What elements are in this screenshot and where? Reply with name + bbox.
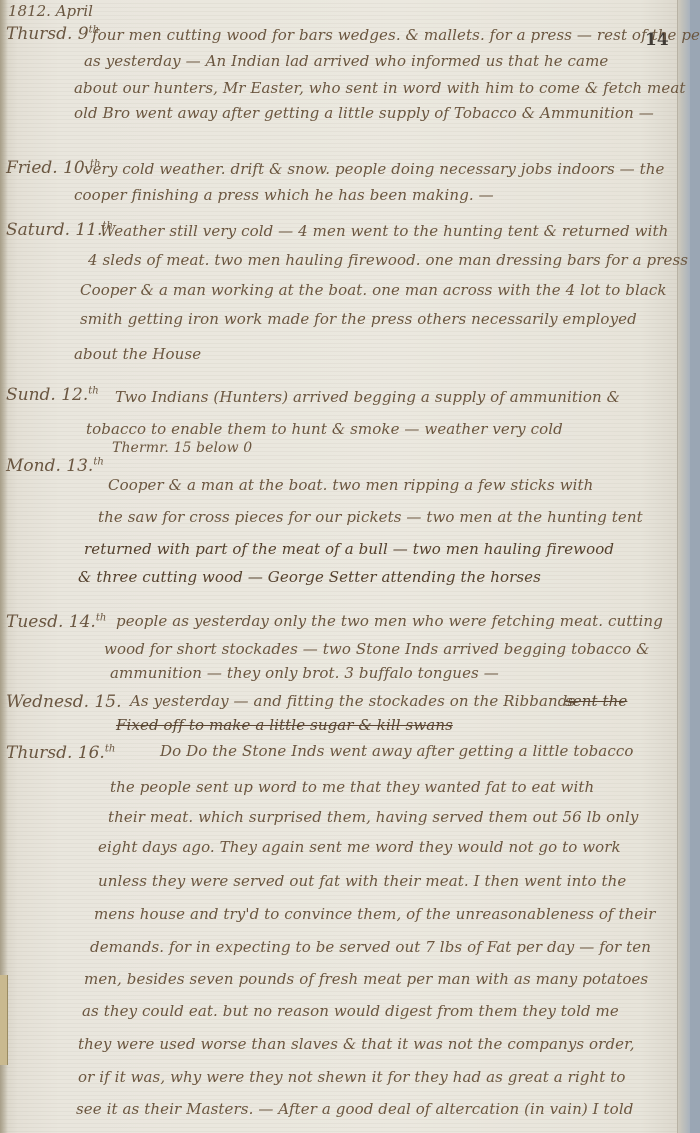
thermometer-note: Thermr. 15 below 0 — [112, 440, 252, 456]
entry-date: Mond. 13.th — [6, 456, 104, 476]
entry-line: & three cutting wood — George Setter att… — [78, 568, 541, 586]
binding-tab — [0, 975, 8, 1065]
entry-line: mens house and try'd to convince them, o… — [94, 905, 656, 923]
entry-line: old Bro went away after getting a little… — [74, 104, 654, 122]
journal-page: 14 1812. April Thursd. 9th four men cutt… — [0, 0, 690, 1133]
entry-line: the people sent up word to me that they … — [110, 778, 594, 796]
entry-date: Saturd. 11.th — [6, 220, 113, 240]
entry-line: unless they were served out fat with the… — [98, 872, 626, 890]
entry-line: 4 sleds of meat. two men hauling firewoo… — [88, 251, 688, 269]
struck-text: sent the — [565, 692, 627, 710]
entry-line: Two Indians (Hunters) arrived begging a … — [115, 388, 620, 406]
entry-line: about our hunters, Mr Easter, who sent i… — [74, 79, 686, 97]
entry-line: As yesterday — and fitting the stockades… — [130, 692, 575, 710]
entry-line: about the House — [74, 345, 201, 363]
entry-date: Wednesd. 15. — [6, 692, 122, 712]
entry-line: wood for short stockades — two Stone Ind… — [104, 640, 650, 658]
entry-line: eight days ago. They again sent me word … — [98, 838, 621, 856]
entry-date: Tuesd. 14.th — [6, 612, 106, 632]
page-header-date: 1812. April — [8, 2, 93, 20]
entry-line: or if it was, why were they not shewn it… — [78, 1068, 626, 1086]
entry-line: returned with part of the meat of a bull… — [84, 540, 614, 558]
entry-line: very cold weather. drift & snow. people … — [84, 160, 665, 178]
entry-line: as they could eat. but no reason would d… — [82, 1002, 619, 1020]
entry-line: they were used worse than slaves & that … — [78, 1035, 635, 1053]
entry-date: Thursd. 9th — [6, 24, 99, 44]
entry-line: their meat. which surprised them, having… — [108, 808, 639, 826]
entry-line: four men cutting wood for bars wedges. &… — [92, 26, 700, 44]
entry-line: Cooper & a man working at the boat. one … — [80, 281, 667, 299]
entry-line: cooper finishing a press which he has be… — [74, 186, 494, 204]
entry-line-struck: Fixed off to make a little sugar & kill … — [116, 716, 453, 734]
entry-line: the saw for cross pieces for our pickets… — [98, 508, 643, 526]
entry-line: smith getting iron work made for the pre… — [80, 310, 637, 328]
entry-line: Do Do the Stone Inds went away after get… — [160, 742, 633, 760]
entry-line: as yesterday — An Indian lad arrived who… — [84, 52, 608, 70]
entry-line: Weather still very cold — 4 men went to … — [100, 222, 668, 240]
entry-line: men, besides seven pounds of fresh meat … — [84, 970, 648, 988]
entry-date: Sund. 12.th — [6, 385, 99, 405]
entry-line: see it as their Masters. — After a good … — [76, 1100, 633, 1118]
entry-line: people as yesterday only the two men who… — [116, 612, 663, 630]
entry-line: tobacco to enable them to hunt & smoke —… — [86, 420, 563, 438]
entry-line: Cooper & a man at the boat. two men ripp… — [108, 476, 593, 494]
entry-date: Thursd. 16.th — [6, 743, 115, 763]
entry-line: demands. for in expecting to be served o… — [90, 938, 651, 956]
page-edge — [677, 0, 690, 1133]
entry-line: ammunition — they only brot. 3 buffalo t… — [110, 664, 499, 682]
